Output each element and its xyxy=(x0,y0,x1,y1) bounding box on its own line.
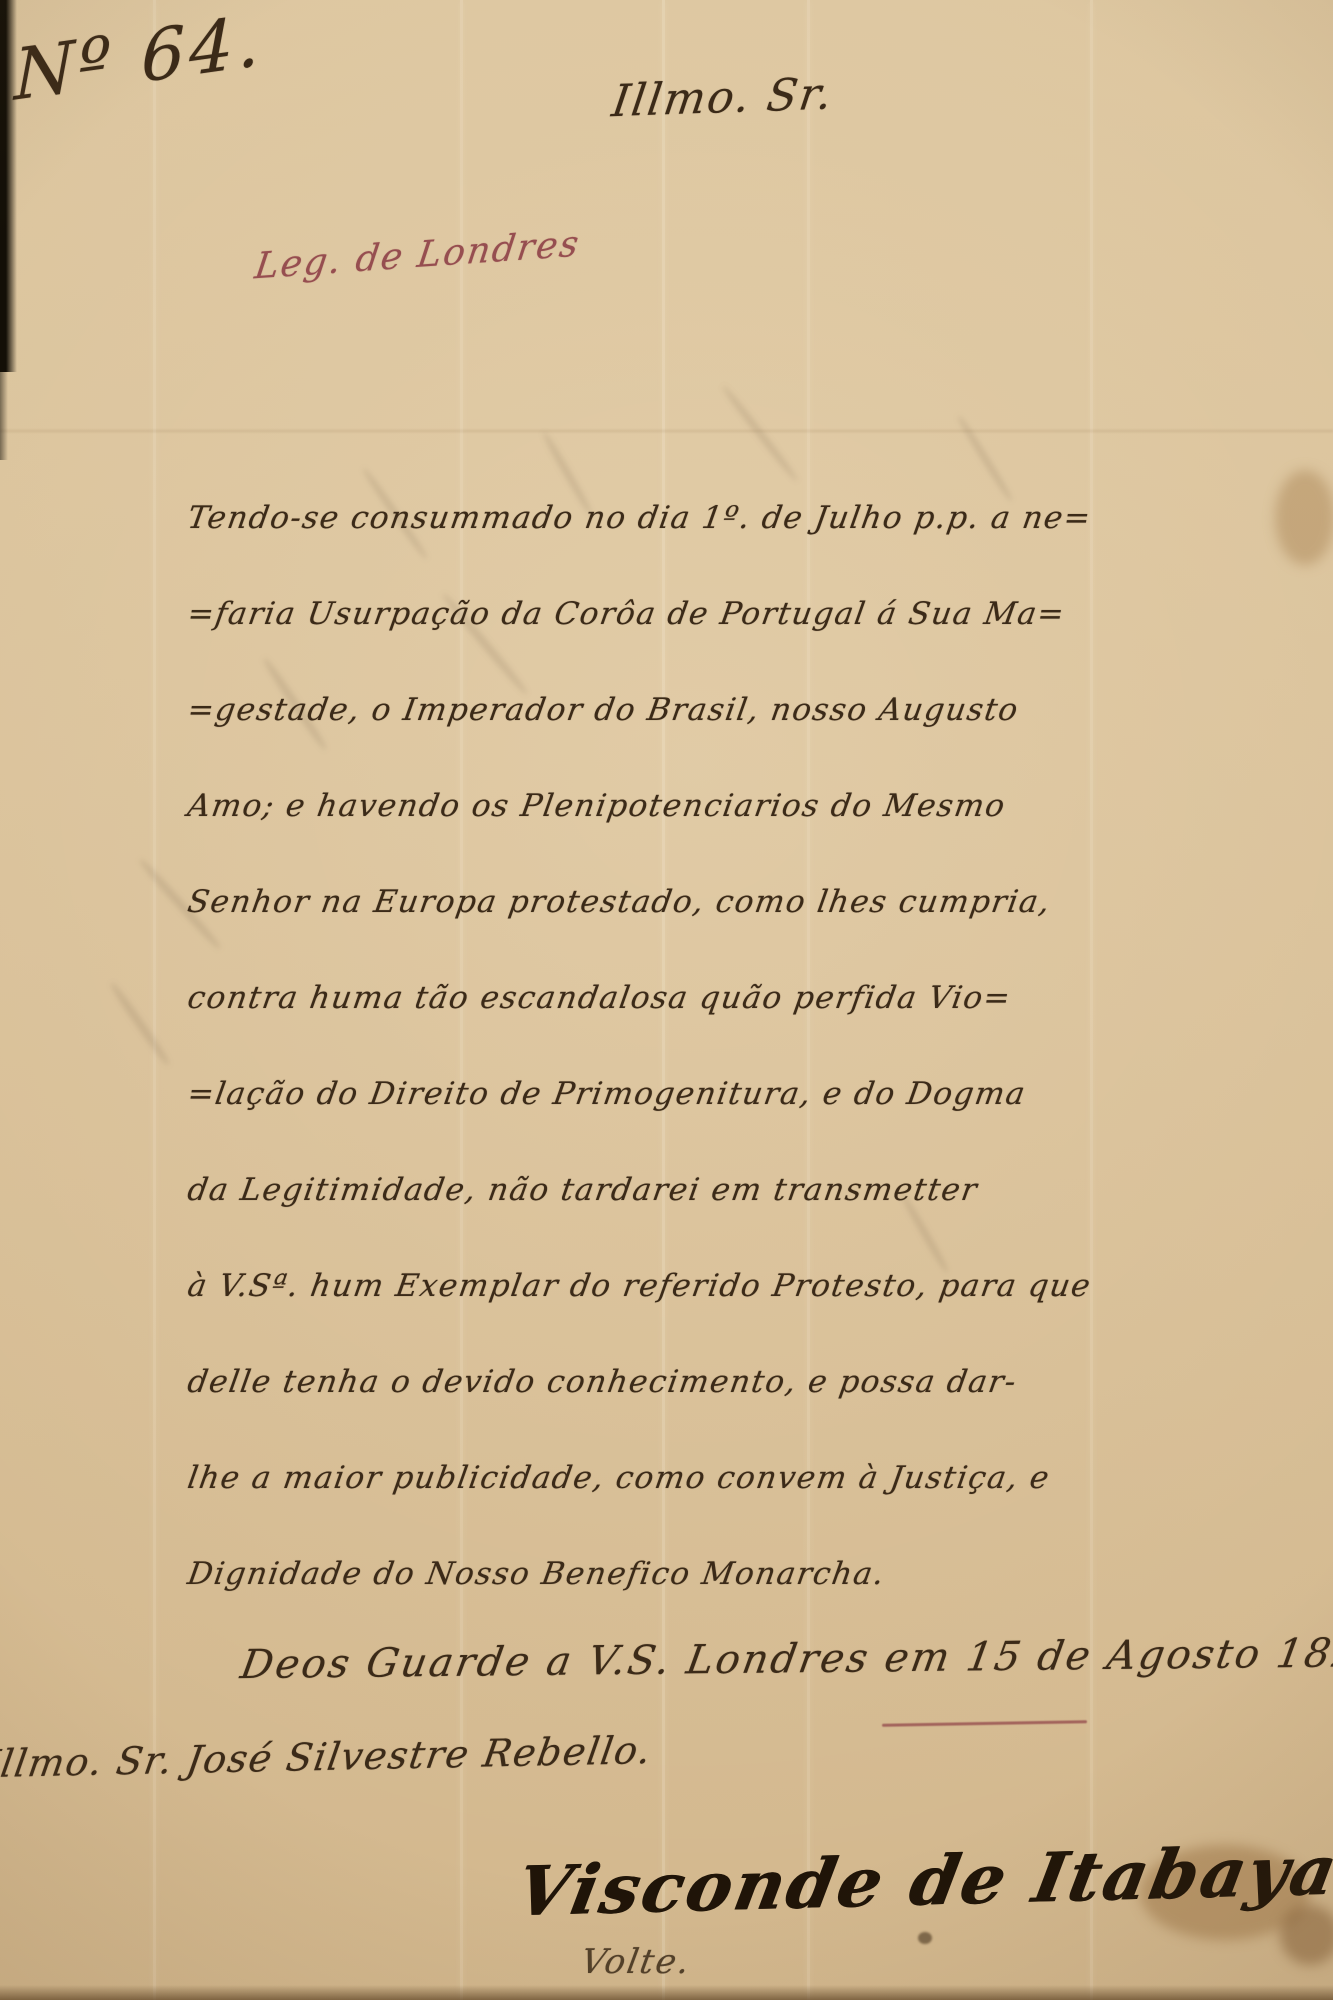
salutation: Illmo. Sr. xyxy=(609,68,837,127)
ink-stain xyxy=(1280,1905,1333,1965)
bleedthrough-mark xyxy=(720,384,799,483)
fold-crease-horizontal xyxy=(0,430,1333,432)
body-line: à V.Sª. hum Exemplar do referido Protest… xyxy=(180,1238,1195,1334)
body-line: Tendo-se consummado no dia 1º. de Julho … xyxy=(180,470,1195,566)
document-number: Nº 64. xyxy=(14,0,263,117)
body-line: Amo; e havendo os Plenipotenciarios do M… xyxy=(180,758,1195,854)
red-date-underline xyxy=(882,1720,1087,1727)
verso-note: Volte. xyxy=(578,1942,694,1982)
body-line: contra huma tão escandalosa quão perfida… xyxy=(180,950,1195,1046)
letter-body: Tendo-se consummado no dia 1º. de Julho … xyxy=(188,470,1188,1622)
scan-edge-left-fade xyxy=(0,340,8,460)
body-line: delle tenha o devido conhecimento, e pos… xyxy=(180,1334,1195,1430)
scan-edge-left xyxy=(0,0,17,372)
ink-speck xyxy=(918,1932,932,1944)
body-line: =faria Usurpação da Corôa de Portugal á … xyxy=(180,566,1195,662)
body-line: =gestade, o Imperador do Brasil, nosso A… xyxy=(180,662,1195,758)
body-line: =lação do Direito de Primogenitura, e do… xyxy=(180,1046,1195,1142)
closing-line: Deos Guarde a V.S. Londres em 15 de Agos… xyxy=(237,1630,1333,1688)
addressee-line: Illmo. Sr. José Silvestre Rebello. xyxy=(0,1728,655,1786)
body-line: Senhor na Europa protestado, como lhes c… xyxy=(180,854,1195,950)
ink-stain xyxy=(1275,470,1333,565)
bleedthrough-mark xyxy=(108,981,172,1068)
body-line: lhe a maior publicidade, como convem à J… xyxy=(180,1430,1195,1526)
red-ink-annotation: Leg. de Londres xyxy=(252,223,583,287)
scan-edge-bottom xyxy=(0,1985,1333,2000)
body-line: da Legitimidade, não tardarei em transme… xyxy=(180,1142,1195,1238)
body-line: Dignidade do Nosso Benefico Monarcha. xyxy=(180,1526,1195,1622)
manuscript-letter-page: Nº 64. Illmo. Sr. Leg. de Londres Tendo-… xyxy=(0,0,1333,2000)
fold-crease xyxy=(153,0,156,2000)
